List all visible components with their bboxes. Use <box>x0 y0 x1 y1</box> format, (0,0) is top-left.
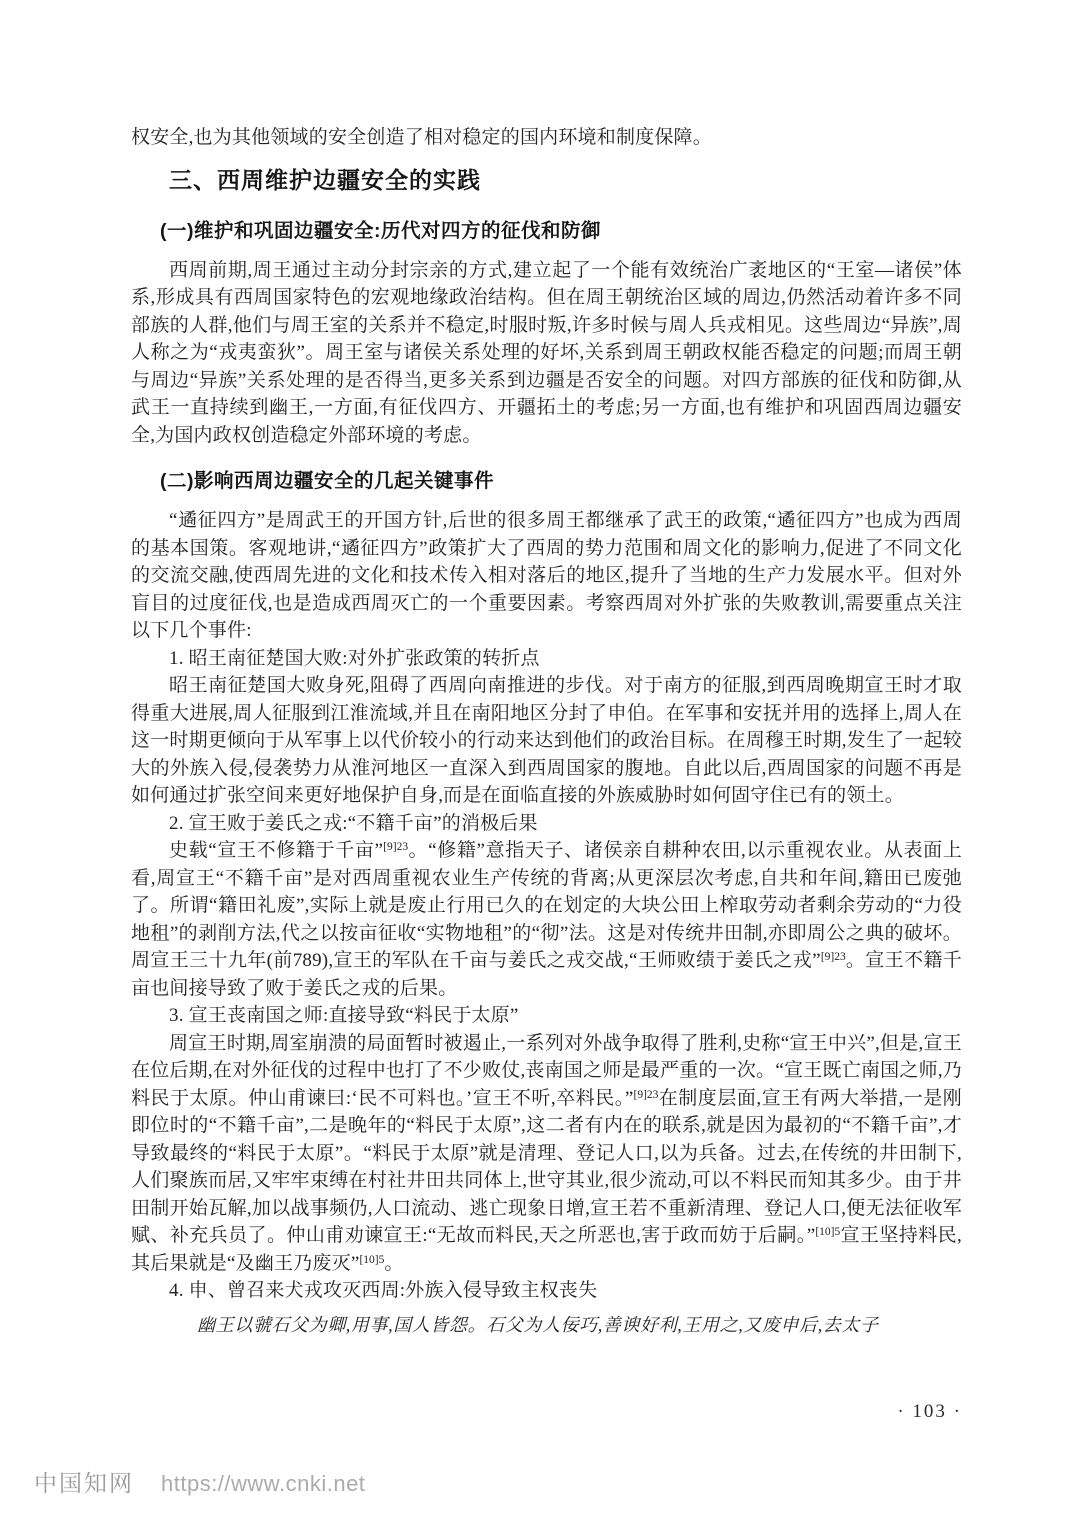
event-4-title: 4. 申、曾召来犬戎攻灭西周:外族入侵导致主权丧失 <box>131 1277 962 1305</box>
event-2-title: 2. 宣王败于姜氏之戎:“不籍千亩”的消极后果 <box>131 810 962 838</box>
subsection-2-intro-paragraph: “遹征四方”是周武王的开国方针,后世的很多周王都继承了武王的政策,“遹征四方”也… <box>131 507 962 645</box>
paper-page: 权安全,也为其他领域的安全创造了相对稳定的国内环境和制度保障。 三、西周维护边疆… <box>0 0 1080 1528</box>
event-4-quote: 幽王以虢石父为卿,用事,国人皆怨。石父为人佞巧,善谀好利,王用之,又废申后,去太… <box>197 1312 962 1340</box>
article-body: 权安全,也为其他领域的安全创造了相对稳定的国内环境和制度保障。 三、西周维护边疆… <box>131 124 962 1339</box>
subsection-1-paragraph: 西周前期,周王通过主动分封宗亲的方式,建立起了一个能有效统治广袤地区的“王室—诸… <box>131 257 962 450</box>
paragraph-continuation: 权安全,也为其他领域的安全创造了相对稳定的国内环境和制度保障。 <box>131 124 962 152</box>
page-number: · 103 · <box>897 1401 962 1423</box>
section-heading: 三、西周维护边疆安全的实践 <box>169 165 962 195</box>
event-3-paragraph: 周宣王时期,周室崩溃的局面暂时被遏止,一系列对外战争取得了胜利,史称“宣王中兴”… <box>131 1030 962 1278</box>
event-1-title: 1. 昭王南征楚国大败:对外扩张政策的转折点 <box>131 645 962 673</box>
cnki-brand-label: 中国知网 <box>34 1465 134 1498</box>
event-1-paragraph: 昭王南征楚国大败身死,阻碍了西周向南推进的步伐。对于南方的征服,到西周晚期宣王时… <box>131 672 962 810</box>
event-2-paragraph: 史载“宣王不修籍于千亩”[9]23。“修籍”意指天子、诸侯亲自耕种农田,以示重视… <box>131 837 962 1002</box>
cnki-url-text: https://www.cnki.net <box>161 1471 365 1497</box>
event-3-title: 3. 宣王丧南国之师:直接导致“料民于太原” <box>131 1002 962 1030</box>
subsection-1-heading: (一)维护和巩固边疆安全:历代对四方的征伐和防御 <box>160 218 962 244</box>
cnki-watermark: 中国知网 https://www.cnki.net <box>34 1465 365 1498</box>
subsection-2-heading: (二)影响西周边疆安全的几起关键事件 <box>160 468 962 494</box>
